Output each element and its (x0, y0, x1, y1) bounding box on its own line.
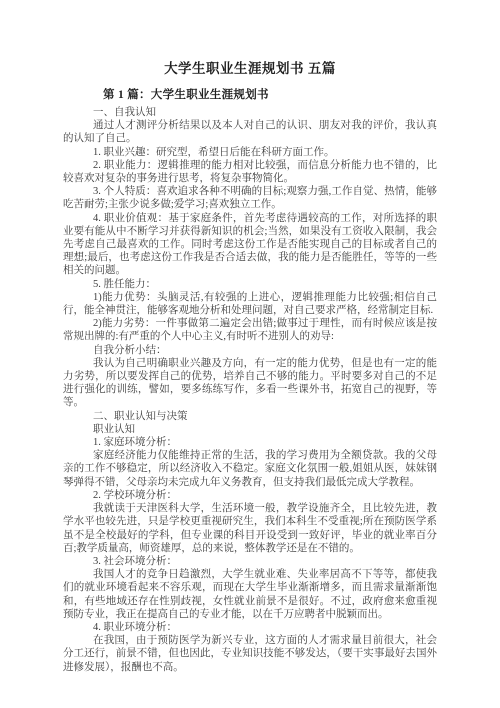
paragraph: 2)能力劣势：一件事做第二遍定会出错;做事过于理性，而有时候应该是按常规出牌的:… (63, 317, 437, 343)
paragraph: 我国人才的竞争日趋激烈，大学生就业难、失业率居高不下等等，都使我们的就业环境看起… (63, 568, 437, 621)
paragraph: 1. 家庭环境分析： (63, 436, 437, 449)
document-body: 一、自我认知通过人才测评分析结果以及本人对自己的认识、朋友对我的评价，我认真的认… (63, 106, 437, 674)
paragraph: 自我分析小结： (63, 344, 437, 357)
paragraph: 在我国，由于预防医学为新兴专业，这方面的人才需求量目前很大，社会分工还行，前景不… (63, 634, 437, 674)
document-title: 大学生职业生涯规划书 五篇 (63, 60, 437, 78)
paragraph: 我认为自己明确职业兴趣及方向，有一定的能力优势，但是也有一定的能力劣势，所以要发… (63, 357, 437, 410)
paragraph: 3. 个人特质：喜欢追求各种不明确的目标;观察力强,工作自觉、热情，能够吃苦耐劳… (63, 185, 437, 211)
paragraph: 通过人才测评分析结果以及本人对自己的认识、朋友对我的评价，我认真的认知了自己。 (63, 119, 437, 145)
paragraph: 1)能力优势：头脑灵活,有较强的上进心，逻辑推理能力比较强;相信自己行，能全神贯… (63, 291, 437, 317)
paragraph: 职业认知 (63, 423, 437, 436)
document-page: 大学生职业生涯规划书 五篇 第 1 篇：大学生职业生涯规划书 一、自我认知通过人… (0, 0, 500, 708)
paragraph: 4. 职业环境分析： (63, 621, 437, 634)
paragraph: 家庭经济能力仅能维持正常的生活，我的学习费用为全额贷款。我的父母亲的工作不够稳定… (63, 449, 437, 489)
paragraph: 5. 胜任能力： (63, 278, 437, 291)
paragraph: 3. 社会环境分析： (63, 555, 437, 568)
paragraph: 1. 职业兴趣：研究型，希望日后能在科研方面工作。 (63, 146, 437, 159)
paragraph: 我就读于天津医科大学，生活环境一般，教学设施齐全，且比较先进，教学水平也较先进，… (63, 502, 437, 555)
paragraph: 2. 职业能力：逻辑推理的能力相对比较强，而信息分析能力也不错的，比较喜欢对复杂… (63, 159, 437, 185)
paragraph: 一、自我认知 (63, 106, 437, 119)
paragraph: 4. 职业价值观：基于家庭条件，首先考虑待遇较高的工作，对所选择的职业要有能从中… (63, 212, 437, 278)
paragraph: 二、职业认知与决策 (63, 410, 437, 423)
paragraph: 2. 学校环境分析： (63, 489, 437, 502)
section-heading: 第 1 篇：大学生职业生涯规划书 (103, 87, 437, 103)
